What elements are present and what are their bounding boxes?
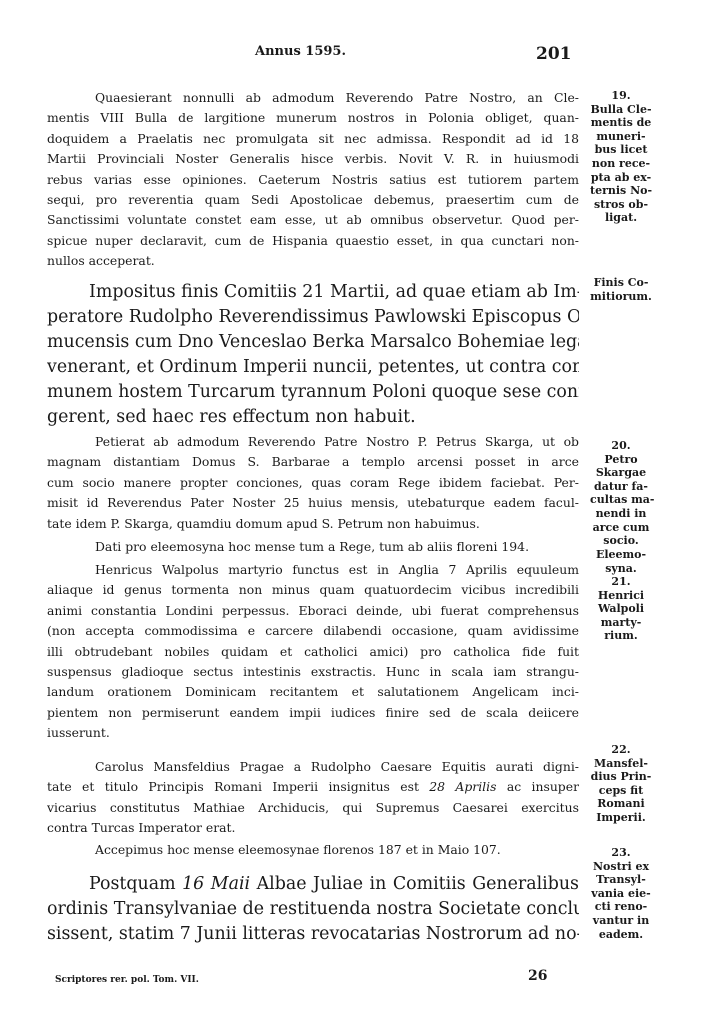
margin-note-line: marty- [590, 616, 652, 630]
margin-note-line: Henrici [590, 589, 652, 603]
text-line: Postquam 16 Maii Albae Juliae in Comitii… [47, 872, 579, 897]
text-line: mucensis cum Dno Venceslao Berka Marsalc… [47, 330, 579, 355]
margin-note-line: vania eie- [590, 887, 652, 901]
margin-note-finis: Finis Co-mitiorum. [590, 276, 652, 303]
margin-note-line: 23. [590, 846, 652, 860]
margin-note-line: 21. [590, 575, 652, 589]
margin-note-line: bus licet [590, 143, 652, 157]
margin-note-line: syna. [590, 562, 652, 576]
footer-series: Scriptores rer. pol. Tom. VII. [55, 975, 199, 985]
text-line: ordinis Transylvaniae de restituenda nos… [47, 897, 579, 922]
paragraph-skarga: Petierat ab admodum Reverendo Patre Nost… [47, 432, 579, 534]
text-line: suspensus gladioque sectus intestinis ex… [47, 662, 579, 682]
text-line: Quaesierant nonnulli ab admodum Reverend… [47, 88, 579, 108]
margin-note-line: eadem. [590, 928, 652, 942]
margin-note-line: mitiorum. [590, 290, 652, 304]
margin-note-line: mentis de [590, 116, 652, 130]
text-line: pientem non permiserunt eandem impii iud… [47, 703, 579, 723]
margin-note-line: ternis No- [590, 184, 652, 198]
margin-note-line: Imperii. [590, 811, 652, 825]
margin-note-line: 19. [590, 89, 652, 103]
margin-note-eleemosyna: Eleemo-syna. [590, 548, 652, 575]
margin-note-line: Petro [590, 453, 652, 467]
paragraph-bulla-clementis: Quaesierant nonnulli ab admodum Reverend… [47, 88, 579, 272]
text-line: tate idem P. Skarga, quamdiu domum apud … [47, 514, 579, 534]
paragraph-mansfeldius: Carolus Mansfeldius Pragae a Rudolpho Ca… [47, 757, 579, 839]
margin-note-line: stros ob- [590, 198, 652, 212]
margin-note-21: 21.HenriciWalpolimarty-rium. [590, 575, 652, 643]
margin-note-line: Nostri ex [590, 860, 652, 874]
margin-note-line: Eleemo- [590, 548, 652, 562]
margin-note-line: 20. [590, 439, 652, 453]
margin-note-line: ligat. [590, 211, 652, 225]
text-line: munem hostem Turcarum tyrannum Poloni qu… [47, 380, 579, 405]
text-line: nullos acceperat. [47, 251, 579, 271]
paragraph-eleemosyna-maio: Accepimus hoc mense eleemosynae florenos… [47, 840, 579, 860]
text-line: spicue nuper declaravit, cum de Hispania… [47, 231, 579, 251]
text-line: animi constantia Londini perpessus. Ebor… [47, 601, 579, 621]
margin-note-19: 19.Bulla Cle-mentis demuneri-bus licetno… [590, 89, 652, 225]
margin-note-line: pta ab ex- [590, 171, 652, 185]
margin-note-line: Finis Co- [590, 276, 652, 290]
text-line: Accepimus hoc mense eleemosynae florenos… [47, 840, 579, 860]
text-line: Dati pro eleemosyna hoc mense tum a Rege… [47, 537, 579, 557]
margin-note-line: Romani [590, 797, 652, 811]
margin-note-line: Bulla Cle- [590, 103, 652, 117]
page-number: 201 [536, 44, 572, 64]
margin-note-line: 22. [590, 743, 652, 757]
margin-note-22: 22.Mansfel-dius Prin-ceps fitRomaniImper… [590, 743, 652, 825]
margin-note-line: vantur in [590, 914, 652, 928]
text-line: venerant, et Ordinum Imperii nuncii, pet… [47, 355, 579, 380]
margin-note-line: nendi in [590, 507, 652, 521]
text-line: Sanctissimi voluntate constet eam esse, … [47, 210, 579, 230]
text-line: Martii Provinciali Noster Generalis hisc… [47, 149, 579, 169]
margin-note-line: socio. [590, 534, 652, 548]
margin-note-line: Walpoli [590, 602, 652, 616]
text-line: Impositus finis Comitiis 21 Martii, ad q… [47, 280, 579, 305]
margin-note-line: dius Prin- [590, 770, 652, 784]
footer-signature: 26 [528, 968, 547, 984]
text-line: vicarius constitutus Mathiae Archiducis,… [47, 798, 579, 818]
text-line: sissent, statim 7 Junii litteras revocat… [47, 922, 579, 947]
paragraph-finis-comitiorum: Impositus finis Comitiis 21 Martii, ad q… [47, 280, 579, 430]
text-line: tate et titulo Principis Romani Imperii … [47, 777, 579, 797]
text-line: gerent, sed haec res effectum non habuit… [47, 405, 579, 430]
text-line: mentis VIII Bulla de largitione munerum … [47, 108, 579, 128]
text-line: magnam distantiam Domus S. Barbarae a te… [47, 452, 579, 472]
margin-note-line: cultas ma- [590, 493, 652, 507]
margin-note-line: Transyl- [590, 873, 652, 887]
text-line: iusserunt. [47, 723, 579, 743]
text-line: misit id Reverendus Pater Noster 25 huiu… [47, 493, 579, 513]
text-line: landum orationem Dominicam recitantem et… [47, 682, 579, 702]
text-line: (non accepta commodissima e carcere dila… [47, 621, 579, 641]
text-line: sequi, pro reverentia quam Sedi Apostoli… [47, 190, 579, 210]
text-line: Carolus Mansfeldius Pragae a Rudolpho Ca… [47, 757, 579, 777]
text-line: contra Turcas Imperator erat. [47, 818, 579, 838]
margin-note-line: ceps fit [590, 784, 652, 798]
margin-note-line: Skargae [590, 466, 652, 480]
margin-note-line: datur fa- [590, 480, 652, 494]
text-line: aliaque id genus tormenta non minus quam… [47, 580, 579, 600]
margin-note-line: cti reno- [590, 900, 652, 914]
paragraph-transylvania: Postquam 16 Maii Albae Juliae in Comitii… [47, 872, 579, 947]
running-title: Annus 1595. [255, 44, 346, 59]
text-line: illi obtrudebant nobiles quidam et catho… [47, 642, 579, 662]
text-line: cum socio manere propter conciones, quas… [47, 473, 579, 493]
text-line: doquidem a Praelatis nec promulgata sit … [47, 129, 579, 149]
text-line: rebus varias esse opiniones. Caeterum No… [47, 170, 579, 190]
paragraph-eleemosyna: Dati pro eleemosyna hoc mense tum a Rege… [47, 537, 579, 557]
margin-note-line: Mansfel- [590, 757, 652, 771]
text-line: Petierat ab admodum Reverendo Patre Nost… [47, 432, 579, 452]
margin-note-23: 23.Nostri exTransyl-vania eie-cti reno-v… [590, 846, 652, 941]
margin-note-20: 20.PetroSkargaedatur fa-cultas ma-nendi … [590, 439, 652, 548]
paragraph-walpolus: Henricus Walpolus martyrio functus est i… [47, 560, 579, 744]
margin-note-line: rium. [590, 629, 652, 643]
margin-note-line: muneri- [590, 130, 652, 144]
text-line: Henricus Walpolus martyrio functus est i… [47, 560, 579, 580]
text-line: peratore Rudolpho Reverendissimus Pawlow… [47, 305, 579, 330]
margin-note-line: non rece- [590, 157, 652, 171]
margin-note-line: arce cum [590, 521, 652, 535]
